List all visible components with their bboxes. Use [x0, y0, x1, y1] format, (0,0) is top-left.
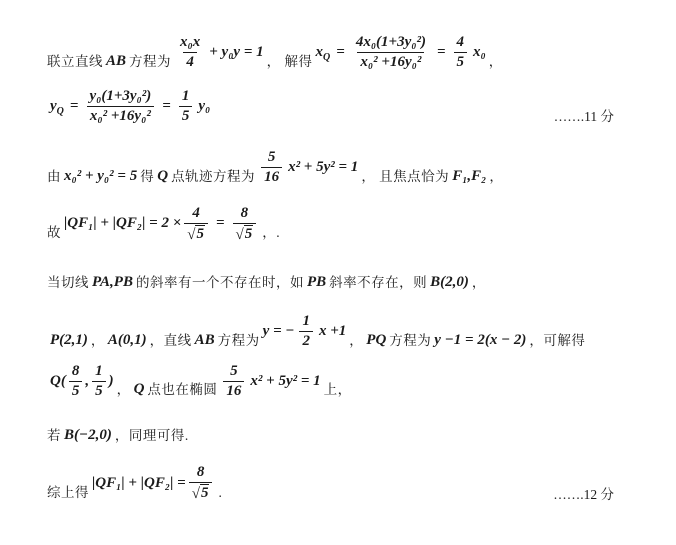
formula-line-ab-slope: y = − 1 2 x +1 — [263, 313, 347, 351]
denominator: √5 — [189, 482, 213, 502]
denominator: 5 — [179, 106, 193, 125]
numerator: y₀(1+3y₀²) — [86, 88, 154, 106]
fraction: y₀(1+3y₀²) x₀² +16y₀² — [86, 88, 154, 126]
denominator: 5 — [454, 52, 468, 71]
math-inline-pq-eq: y −1 = 2(x − 2) — [434, 332, 526, 351]
numerator: 8 — [238, 205, 252, 223]
denominator: 16 — [223, 381, 244, 400]
fraction: 4 √5 — [184, 205, 208, 244]
punctuation: ， — [489, 50, 503, 72]
line-2: y Q = y₀(1+3y₀²) x₀² +16y₀² = 1 5 y₀ …….… — [47, 88, 614, 126]
cjk-text: 故 — [47, 221, 61, 243]
punctuation: ， — [472, 271, 486, 293]
math-inline-PAPB: PA,PB — [92, 274, 133, 293]
formula-q-point: Q( 8 5 , 1 5 ) — [50, 363, 114, 401]
punctuation: ， — [489, 165, 503, 187]
math-head: Q( — [50, 373, 66, 390]
math-tail: x₀ — [473, 44, 486, 61]
math-expr: |QF₁| + |QF₂| = — [92, 475, 186, 492]
radicand: 5 — [200, 484, 210, 502]
cjk-text: ， 解得 — [267, 50, 313, 72]
radical-icon: √ — [192, 486, 200, 503]
line-7: Q( 8 5 , 1 5 ) ， Q 点也在椭圆 5 16 x² + 5y² =… — [47, 363, 614, 401]
math-var: y — [50, 98, 57, 115]
cjk-text: 点也在椭圆 — [147, 378, 217, 400]
math-inline-foci: F₁,F₂ — [452, 168, 486, 187]
radicand: 5 — [244, 225, 254, 243]
numerator: x₀x — [177, 34, 203, 52]
math-tail: y₀ — [198, 98, 210, 115]
subscript: Q — [323, 52, 330, 63]
cjk-text: ， 且焦点恰为 — [361, 165, 449, 187]
formula-ellipse2: 5 16 x² + 5y² = 1 — [220, 363, 320, 401]
cjk-text: 若 — [47, 424, 61, 446]
denominator: x₀² +16y₀² — [87, 106, 154, 125]
math-inline-PQ: PQ — [366, 332, 386, 351]
cjk-text: 联立直线 — [47, 50, 103, 72]
math-inline-PB: PB — [307, 274, 326, 293]
numerator: 8 — [69, 363, 83, 381]
math-inline-A01: A(0,1) — [108, 332, 147, 351]
cjk-text: 方程为 — [218, 329, 260, 351]
radicand: 5 — [195, 225, 205, 243]
fraction: 8 5 — [69, 363, 83, 401]
denominator: x₀² +16y₀² — [357, 52, 424, 71]
equals-sign: = — [336, 44, 345, 61]
cjk-text: 方程为 — [129, 50, 171, 72]
numerator: 8 — [194, 464, 208, 482]
math-expr: |QF₁| + |QF₂| = 2 × — [64, 215, 181, 232]
math-inline-AB: AB — [195, 332, 215, 351]
equals-sign: = — [162, 98, 171, 115]
math-tail: x² + 5y² = 1 — [250, 373, 320, 390]
denominator: √5 — [233, 223, 257, 243]
math-tail: x +1 — [319, 323, 346, 340]
cjk-text: 斜率不存在，则 — [329, 271, 427, 293]
cjk-text: 上， — [324, 378, 352, 400]
numerator: 4x₀(1+3y₀²) — [353, 34, 429, 52]
cjk-text: ，可解得 — [529, 329, 585, 351]
equals-sign: = — [70, 98, 79, 115]
math-inline-Bneg20: B(−2,0) — [64, 427, 112, 446]
numerator: 1 — [92, 363, 106, 381]
fraction: 4x₀(1+3y₀²) x₀² +16y₀² — [353, 34, 429, 72]
math-inline-AB: AB — [106, 53, 126, 72]
cjk-text: 的斜率有一个不存在时，如 — [136, 271, 304, 293]
numerator: 1 — [179, 88, 193, 106]
score-mark-11: …….11 分 — [554, 105, 614, 125]
line-4: 故 |QF₁| + |QF₂| = 2 × 4 √5 = 8 √5 ，. — [47, 205, 614, 244]
cjk-text: 得 — [140, 165, 154, 187]
formula-line-ab: x₀x 4 + y₀y = 1 — [174, 34, 264, 72]
denominator: 16 — [261, 167, 282, 186]
subscript: Q — [57, 106, 64, 117]
radical-icon: √ — [187, 227, 195, 244]
math-head: y = − — [263, 323, 295, 340]
math-inline-B20: B(2,0) — [430, 274, 469, 293]
math-inline: x₀² + y₀² = 5 — [64, 168, 137, 187]
fraction: 8 √5 — [233, 205, 257, 244]
fraction: x₀x 4 — [177, 34, 203, 72]
math-inline-Q: Q — [157, 168, 168, 187]
numerator: 1 — [299, 313, 313, 331]
formula-xq: x Q = 4x₀(1+3y₀²) x₀² +16y₀² = 4 5 x₀ — [316, 34, 486, 72]
line-9: 综上得 |QF₁| + |QF₂| = 8 √5 . …….12 分 — [47, 464, 614, 503]
line-3: 由 x₀² + y₀² = 5 得 Q 点轨迹方程为 5 16 x² + 5y²… — [47, 149, 614, 187]
fraction: 8 √5 — [189, 464, 213, 503]
math-inline-P21: P(2,1) — [50, 332, 88, 351]
line-1: 联立直线 AB 方程为 x₀x 4 + y₀y = 1 ， 解得 x Q = 4… — [47, 34, 614, 72]
denominator: √5 — [184, 223, 208, 243]
close-paren: ) — [109, 373, 114, 390]
equals-sign: = — [437, 44, 446, 61]
math-inline-Q: Q — [134, 381, 145, 400]
formula-conclusion: |QF₁| + |QF₂| = 8 √5 — [92, 464, 215, 503]
score-mark-12: …….12 分 — [553, 483, 614, 503]
math-tail: x² + 5y² = 1 — [288, 159, 358, 176]
cjk-text: 由 — [47, 165, 61, 187]
fraction: 5 16 — [261, 149, 282, 187]
denominator: 5 — [69, 381, 83, 400]
math-tail: + y₀y = 1 — [209, 44, 263, 61]
denominator: 4 — [183, 52, 197, 71]
radical-icon: √ — [236, 227, 244, 244]
formula-qf-sum: |QF₁| + |QF₂| = 2 × 4 √5 = 8 √5 — [64, 205, 259, 244]
numerator: 4 — [454, 34, 468, 52]
denominator: 5 — [92, 381, 106, 400]
numerator: 4 — [189, 205, 203, 223]
fraction: 1 5 — [179, 88, 193, 126]
punctuation: ， — [91, 329, 105, 351]
comma: , — [85, 373, 89, 390]
denominator: 2 — [299, 331, 313, 350]
punctuation: . — [218, 485, 222, 503]
cjk-text: 综上得 — [47, 481, 89, 503]
punctuation: ， — [349, 329, 363, 351]
punctuation: ，. — [262, 221, 280, 243]
punctuation: ， — [117, 378, 131, 400]
equals-sign: = — [216, 215, 225, 232]
numerator: 5 — [265, 149, 279, 167]
cjk-text: 当切线 — [47, 271, 89, 293]
fraction: 4 5 — [454, 34, 468, 72]
fraction: 5 16 — [223, 363, 244, 401]
cjk-text: 方程为 — [389, 329, 431, 351]
numerator: 5 — [227, 363, 241, 381]
line-6: P(2,1) ， A(0,1) ，直线 AB 方程为 y = − 1 2 x +… — [47, 313, 614, 351]
fraction: 1 2 — [299, 313, 313, 351]
formula-ellipse: 5 16 x² + 5y² = 1 — [258, 149, 358, 187]
cjk-text: 点轨迹方程为 — [171, 165, 255, 187]
cjk-text: ，直线 — [150, 329, 192, 351]
cjk-text: ，同理可得. — [115, 424, 189, 446]
line-8: 若 B(−2,0) ，同理可得. — [47, 424, 614, 446]
math-var: x — [316, 44, 324, 61]
line-5: 当切线 PA,PB 的斜率有一个不存在时，如 PB 斜率不存在，则 B(2,0)… — [47, 271, 614, 293]
fraction: 1 5 — [92, 363, 106, 401]
math-solution-document: 联立直线 AB 方程为 x₀x 4 + y₀y = 1 ， 解得 x Q = 4… — [0, 0, 676, 545]
formula-yq: y Q = y₀(1+3y₀²) x₀² +16y₀² = 1 5 y₀ — [50, 88, 210, 126]
